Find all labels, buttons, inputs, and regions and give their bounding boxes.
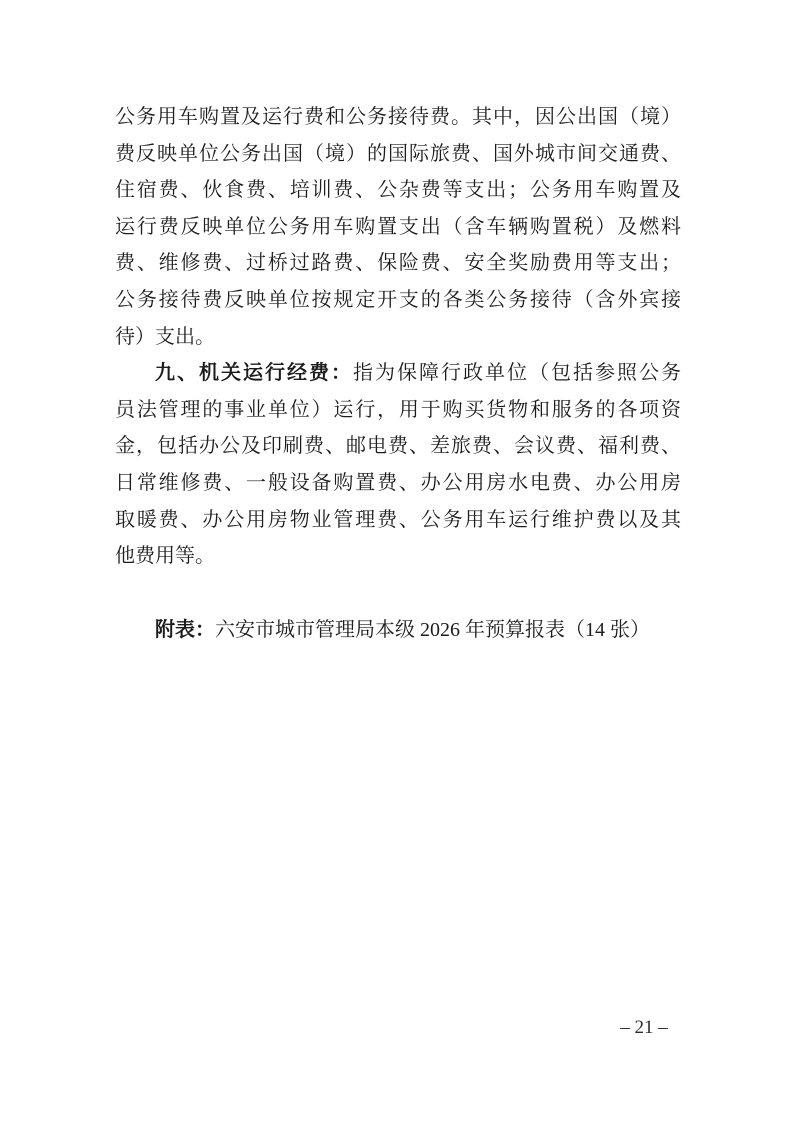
text-line: 公务接待费反映单位按规定开支的各类公务接待（含外宾接 xyxy=(115,282,681,319)
appendix-text: 六安市城市管理局本级 2026 年预算报表（14 张） xyxy=(215,619,650,641)
text-line: 待）支出。 xyxy=(115,319,681,356)
paragraph-agency-operating-expense: 九、机关运行经费：指为保障行政单位（包括参照公务 员法管理的事业单位）运行，用于… xyxy=(115,355,681,575)
text-line: 九、机关运行经费：指为保障行政单位（包括参照公务 xyxy=(115,355,681,392)
page-number: – 21 – xyxy=(608,1015,680,1041)
section-lead-text: 指为保障行政单位（包括参照公务 xyxy=(353,362,681,384)
text-line: 附表：六安市城市管理局本级 2026 年预算报表（14 张） xyxy=(115,612,681,649)
document-body: 公务用车购置及运行费和公务接待费。其中，因公出国（境） 费反映单位公务出国（境）… xyxy=(115,99,681,648)
paragraph-special-funds-definition: 公务用车购置及运行费和公务接待费。其中，因公出国（境） 费反映单位公务出国（境）… xyxy=(115,99,681,355)
text-line: 员法管理的事业单位）运行，用于购买货物和服务的各项资 xyxy=(115,392,681,429)
text-line: 金，包括办公及印刷费、邮电费、差旅费、会议费、福利费、 xyxy=(115,428,681,465)
text-line: 取暖费、办公用房物业管理费、公务用车运行维护费以及其 xyxy=(115,502,681,539)
document-page: 公务用车购置及运行费和公务接待费。其中，因公出国（境） 费反映单位公务出国（境）… xyxy=(0,0,793,1122)
text-line: 费、维修费、过桥过路费、保险费、安全奖励费用等支出； xyxy=(115,245,681,282)
section-heading-bold: 九、机关运行经费： xyxy=(155,362,353,384)
appendix-label-bold: 附表： xyxy=(155,619,215,641)
text-line: 公务用车购置及运行费和公务接待费。其中，因公出国（境） xyxy=(115,99,681,136)
text-line: 日常维修费、一般设备购置费、办公用房水电费、办公用房 xyxy=(115,465,681,502)
text-line: 他费用等。 xyxy=(115,538,681,575)
text-line: 住宿费、伙食费、培训费、公杂费等支出；公务用车购置及 xyxy=(115,172,681,209)
text-line: 费反映单位公务出国（境）的国际旅费、国外城市间交通费、 xyxy=(115,136,681,173)
appendix-note: 附表：六安市城市管理局本级 2026 年预算报表（14 张） xyxy=(115,612,681,649)
text-line: 运行费反映单位公务用车购置支出（含车辆购置税）及燃料 xyxy=(115,209,681,246)
